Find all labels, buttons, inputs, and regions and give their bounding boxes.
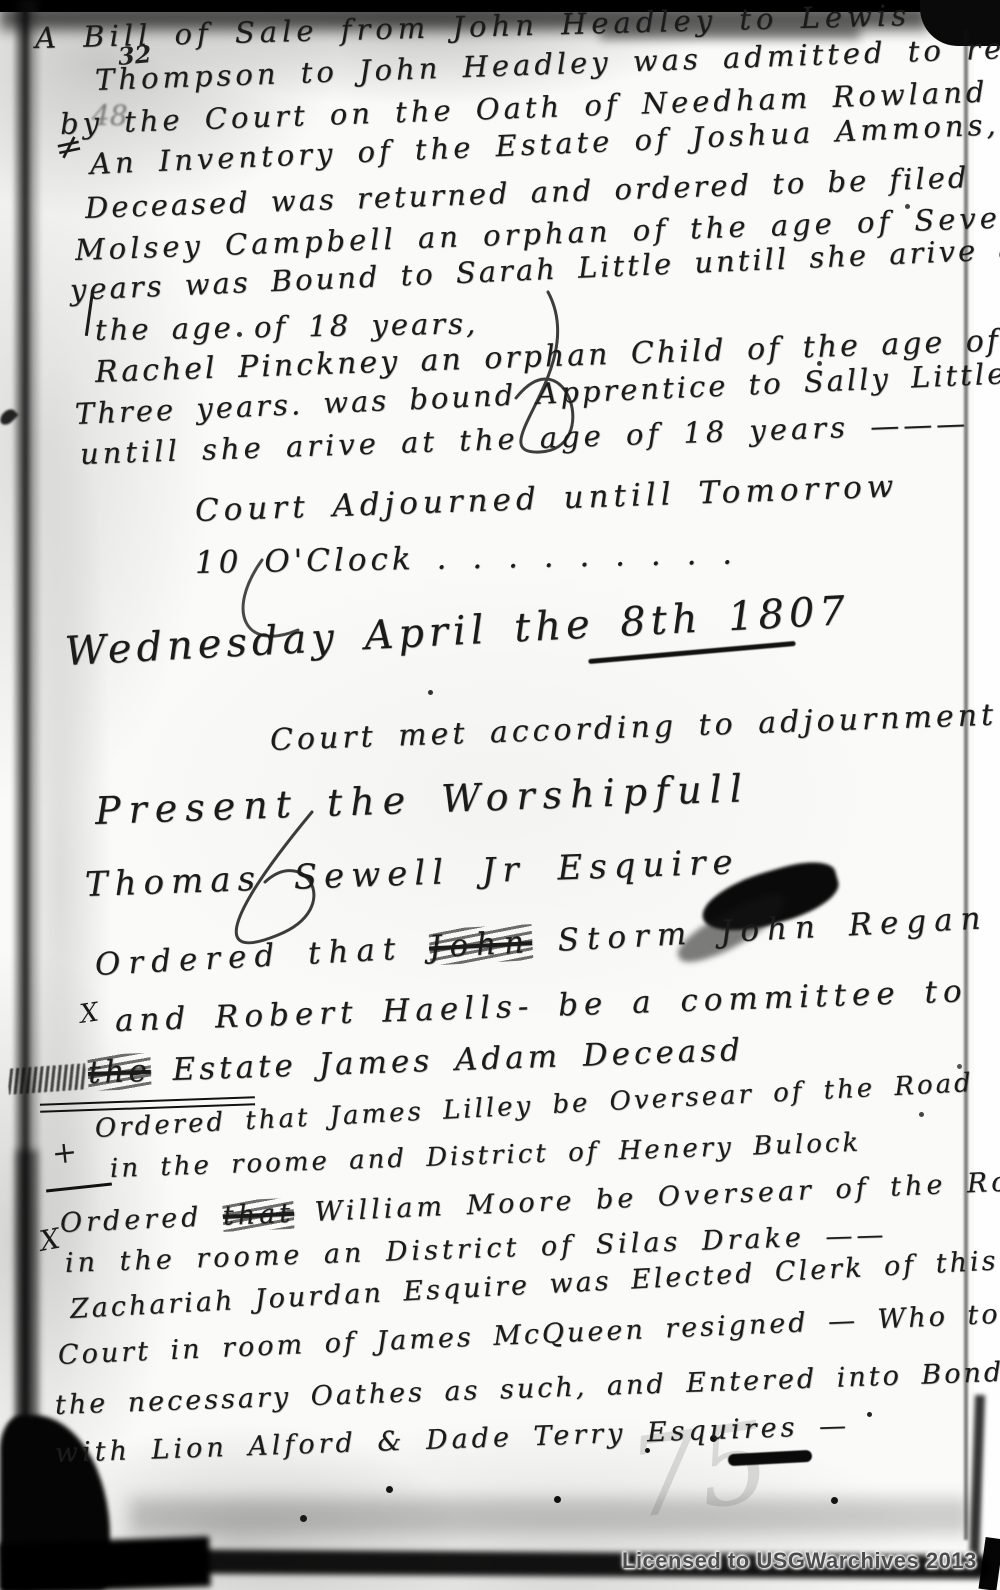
struck-word: John: [428, 924, 533, 965]
manuscript-line: Wednesday April the 8th 1807: [64, 591, 851, 672]
ink-specks: [0, 0, 3, 3]
manuscript-line: Court Adjourned untill Tomorrow: [194, 471, 898, 527]
line-segment: Ordered: [59, 1201, 223, 1239]
margin-x-mark-2: X: [38, 1225, 62, 1256]
manuscript-line: the Estate James Adam Deceasd: [87, 1035, 744, 1089]
margin-x-mark: X: [78, 1000, 100, 1028]
manuscript-line: and Robert Haells- be a committee to: [114, 976, 968, 1037]
scanned-manuscript-page: 32 48 ≠ X + X 75 A Bill of Sale from Joh…: [0, 0, 1000, 1590]
manuscript-line: Ordered that John Storm John Regan: [94, 903, 989, 981]
manuscript-line: Thomas Sewell Jr Esquire: [84, 845, 740, 902]
manuscript-line: 10 O'Clock . . . . . . . . .: [195, 539, 737, 579]
margin-cross-underline: [46, 1183, 112, 1193]
margin-cross-mark: +: [50, 1137, 78, 1169]
manuscript-line: Court met according to adjournment: [269, 701, 997, 756]
manuscript-line: Present the Worshipfull: [94, 769, 750, 830]
line-segment: William Moore be Oversear of the Road: [293, 1165, 1000, 1229]
margin-scribble-blot: [7, 1063, 87, 1094]
line-segment: Estate James Adam Deceasd: [150, 1032, 744, 1089]
manuscript-line: the age of 18 years,: [95, 309, 479, 345]
line-segment: Ordered that: [94, 930, 430, 983]
manuscript-line: the necessary Oathes as such, and Entere…: [55, 1359, 1000, 1419]
manuscript-line: in the roome and District of Henery Bulo…: [110, 1130, 862, 1182]
bottom-gray-band: [130, 1498, 970, 1534]
struck-word: the: [87, 1053, 151, 1091]
license-watermark: Licensed to USGWarchives 2013: [622, 1548, 977, 1574]
struck-word: that: [222, 1198, 294, 1232]
